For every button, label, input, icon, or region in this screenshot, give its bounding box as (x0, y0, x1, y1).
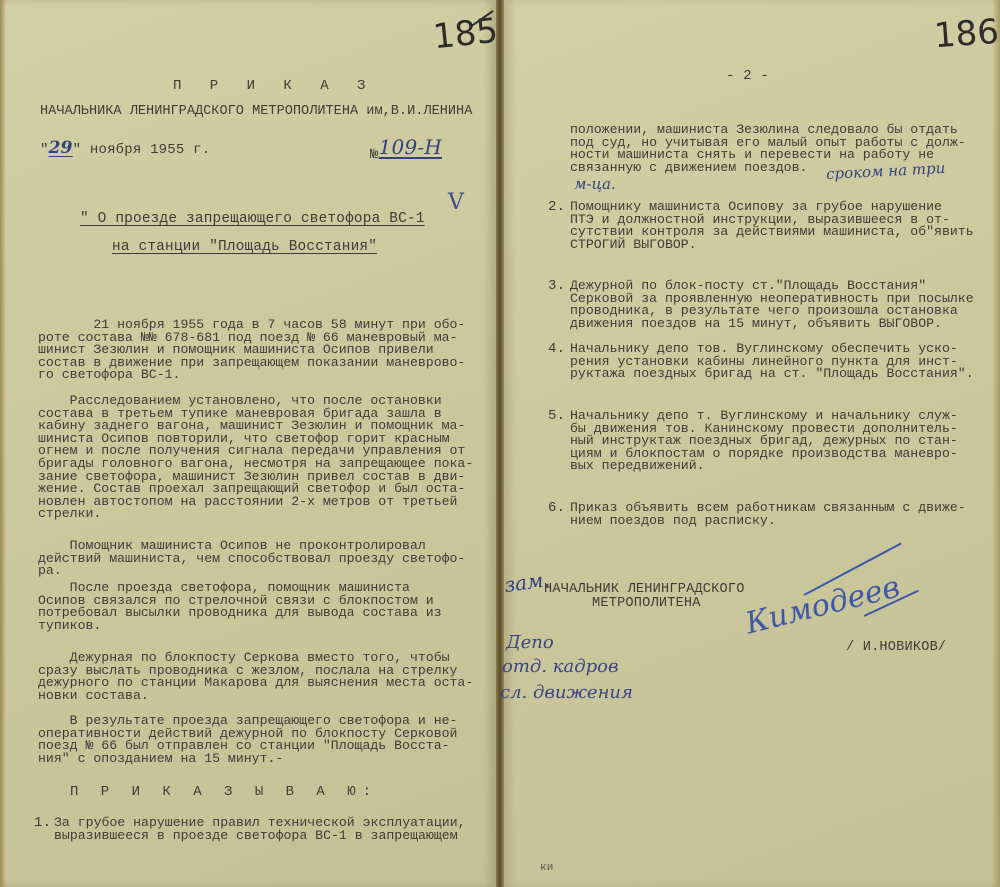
item-number-3: 3. (548, 280, 565, 293)
archive-page-number: 186 (933, 12, 1000, 56)
page-edge (0, 0, 6, 887)
signatory-name: / И.НОВИКОВ/ (846, 641, 946, 654)
signature: Кимодеев (742, 569, 903, 641)
item-text-1: За грубое нарушение правил технической э… (54, 817, 466, 842)
item-number-2: 2. (548, 201, 565, 214)
signatory-title-line-2: МЕТРОПОЛИТЕНА (592, 597, 701, 610)
directive-heading: П Р И К А З Ы В А Ю: (70, 786, 378, 799)
signatory-title-line-1: НАЧАЛЬНИК ЛЕНИНГРАДСКОГО (544, 583, 745, 596)
order-number-handwritten: 109-Н (379, 135, 442, 159)
distribution-item: сл. движения (500, 682, 633, 703)
handwritten-addition-continued: м-ца. (574, 175, 616, 193)
subject-line-1: " О проезде запрещающего светофора ВС-1 (80, 213, 425, 226)
number-sign: № (370, 147, 379, 163)
footer-typist-mark: ки (540, 862, 554, 875)
document-issuer: НАЧАЛЬНИКА ЛЕНИНГРАДСКОГО МЕТРОПОЛИТЕНА … (40, 105, 472, 118)
item-text-2: Помощнику машиниста Осипову за грубое на… (570, 201, 974, 251)
left-page: 185 П Р И К А З НАЧАЛЬНИКА ЛЕНИНГРАДСКОГ… (0, 0, 496, 887)
checkmark-icon: V (448, 190, 464, 215)
item-text-3: Дежурной по блок-посту ст."Площадь Восст… (570, 280, 974, 330)
page-marker: - 2 - (726, 70, 769, 83)
distribution-item: Депо (506, 632, 554, 653)
date-day-handwritten: 29 (49, 138, 73, 158)
distribution-item: отд. кадров (502, 656, 618, 677)
item-number-5: 5. (548, 410, 565, 423)
order-number: №109-Н (370, 145, 442, 162)
page-edge (992, 0, 1000, 887)
paragraph-investigation: Расследованием установлено, что после ос… (38, 395, 473, 521)
document-date: "29" ноября 1955 г. (40, 142, 210, 157)
item-number-4: 4. (548, 343, 565, 356)
subject-line-2: на станции "Площадь Восстания" (112, 241, 377, 254)
book-gutter (496, 0, 504, 887)
paragraph-dispatcher: Дежурная по блокпосту Серкова вместо тог… (38, 652, 473, 702)
document-heading: П Р И К А З (173, 80, 375, 93)
item-text-5: Начальнику депо т. Вуглинскому и начальн… (570, 410, 958, 473)
item-text-6: Приказ объявить всем работникам связанны… (570, 502, 966, 527)
right-page: 186 - 2 - положении, машиниста Зезюлина … (504, 0, 1000, 887)
item-number-6: 6. (548, 502, 565, 515)
paragraph-assistant: Помощник машиниста Осипов не проконтроли… (38, 540, 465, 578)
paragraph-after-signal: После проезда светофора, помощник машини… (38, 582, 442, 632)
item-number-1: 1. (34, 817, 51, 830)
archive-page-number: 185 (431, 11, 500, 58)
date-month-year: ноября 1955 г. (90, 142, 210, 158)
paragraph-result: В результате проезда запрещающего светоф… (38, 715, 457, 765)
item-text-4: Начальнику депо тов. Вуглинскому обеспеч… (570, 343, 974, 381)
paragraph-incident: 21 ноября 1955 года в 7 часов 58 минут п… (38, 319, 465, 382)
